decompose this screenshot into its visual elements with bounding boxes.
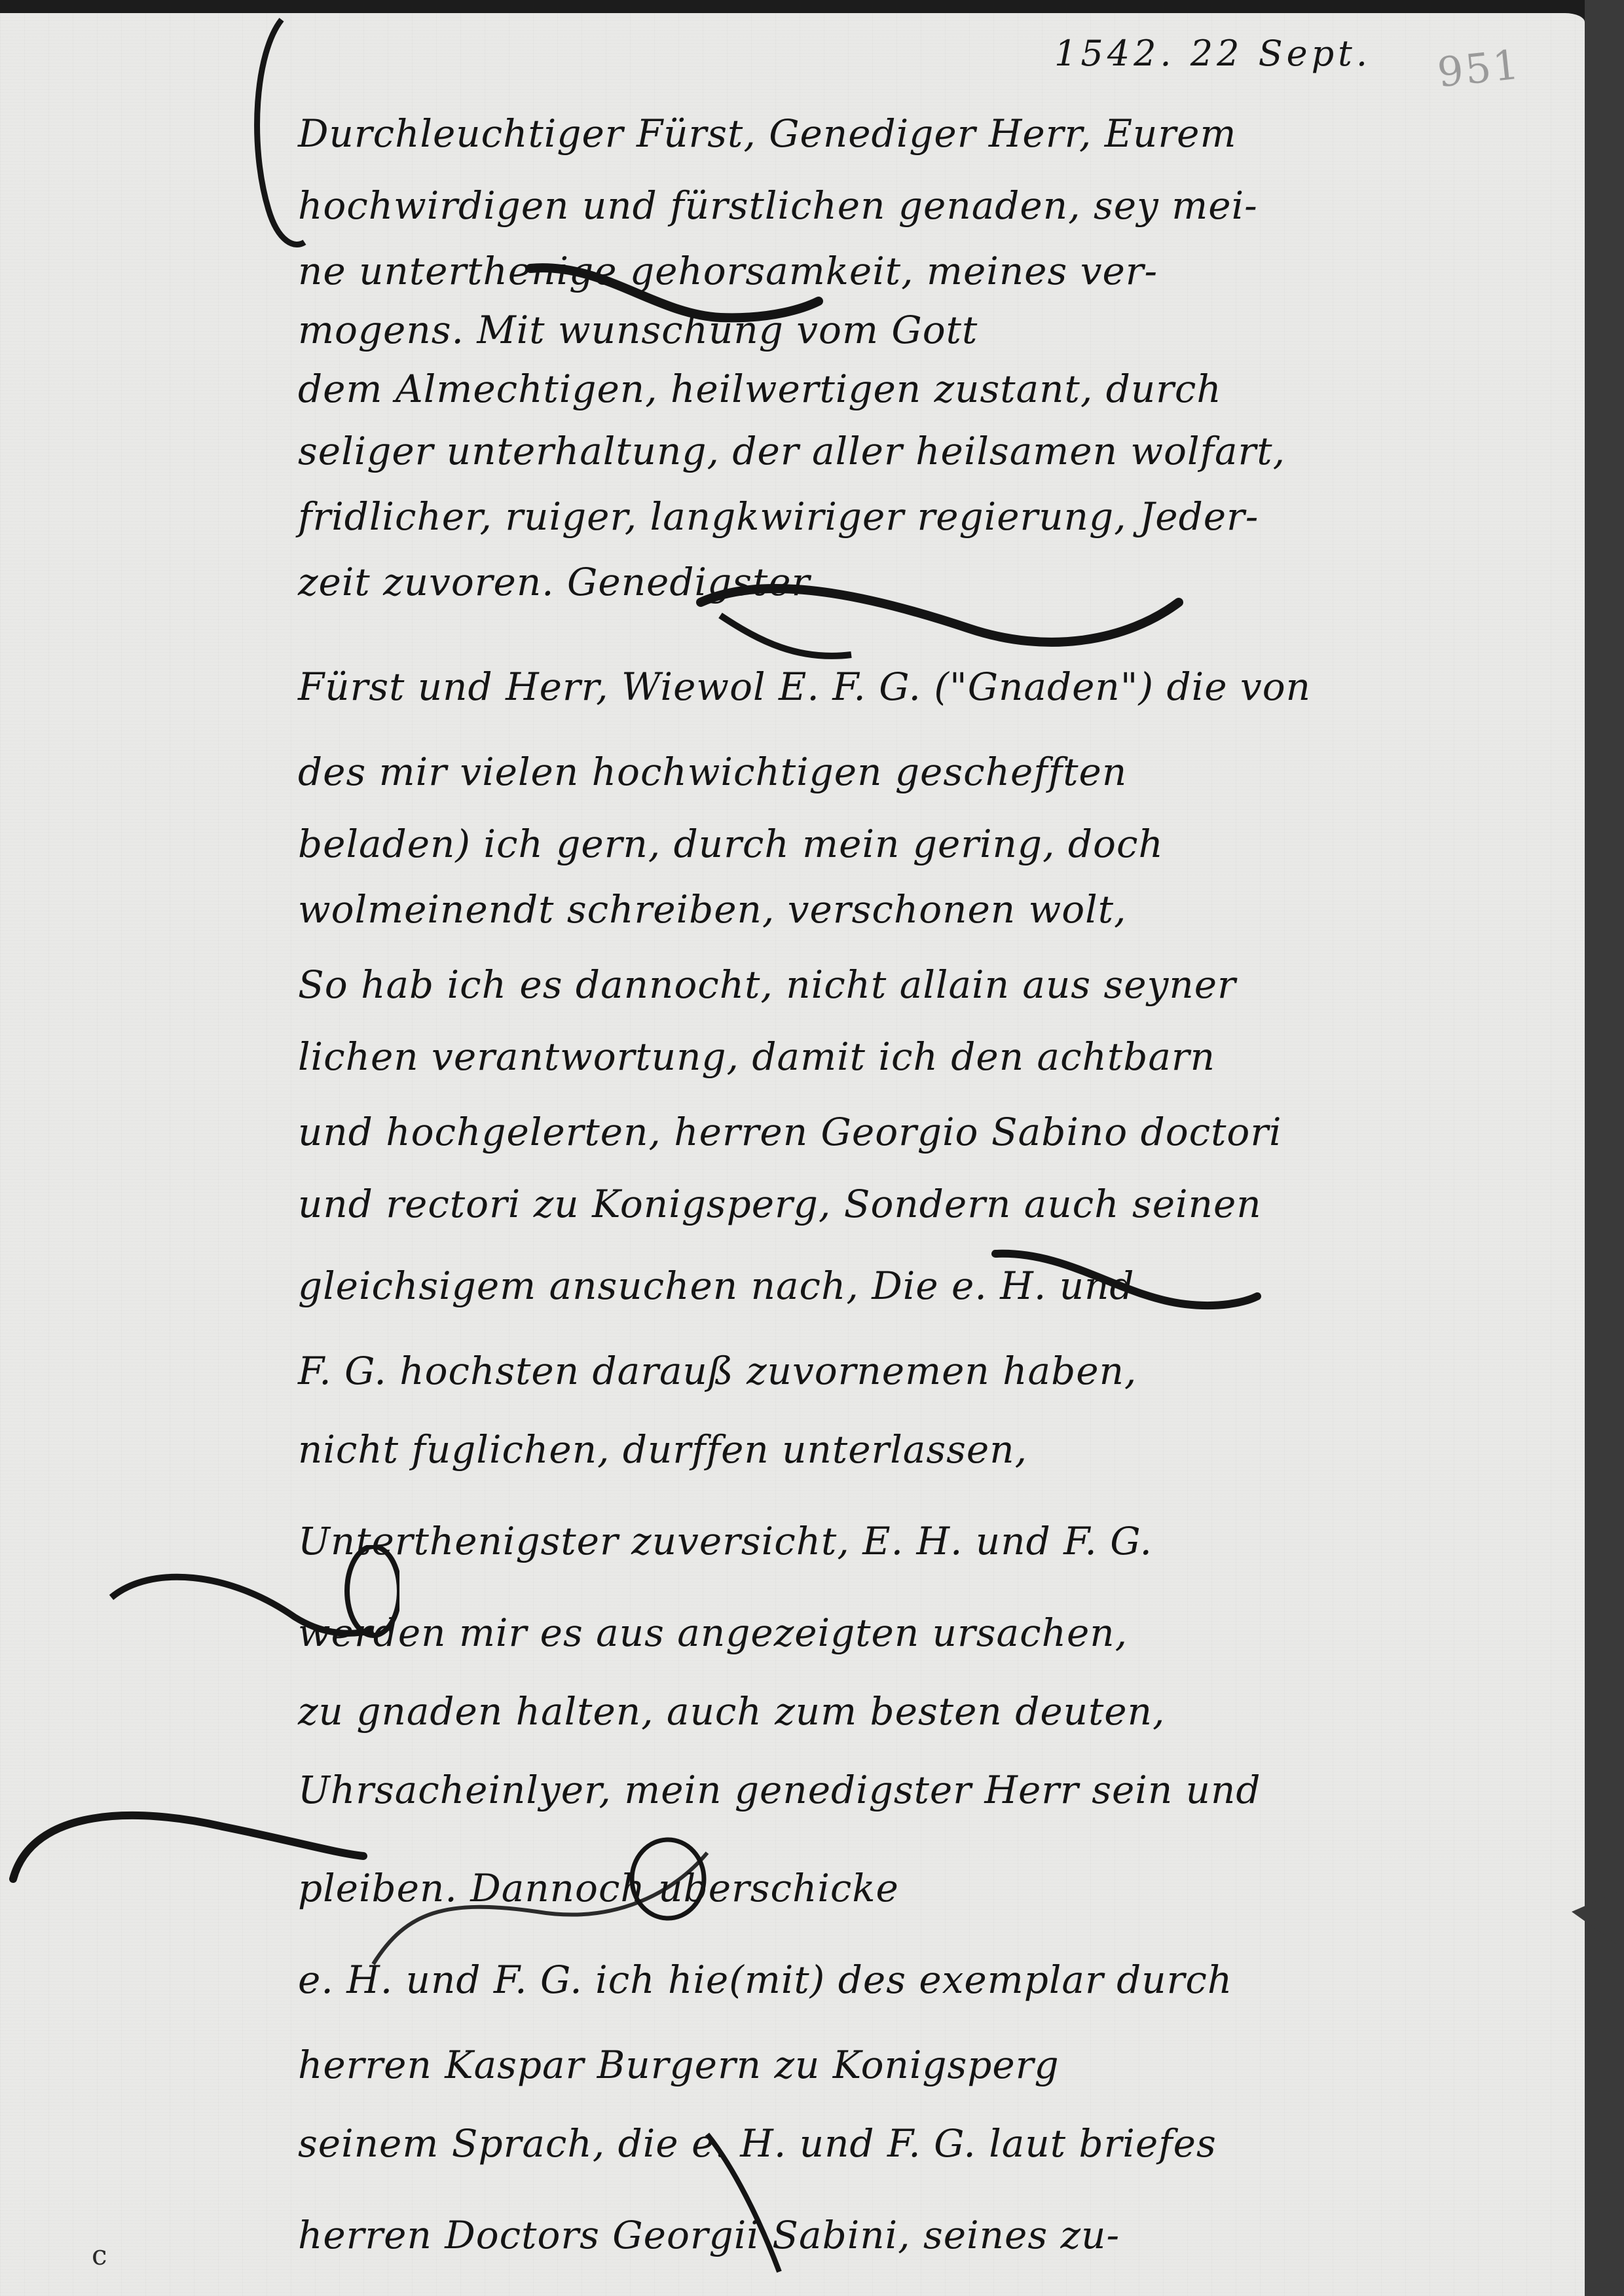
text-line-21: werden mir es aus angezeigten ursachen,	[298, 1611, 1128, 1655]
text-line-18: F. G. hochsten darauß zuvornemen haben,	[298, 1349, 1137, 1393]
text-line-14: lichen verantwortung, damit ich den acht…	[298, 1034, 1215, 1079]
manuscript-page: 1542. 22 Sept. 951 Durchleuchtiger Fürst…	[0, 13, 1585, 2296]
text-line-3: ne unterthenige gehorsamkeit, meines ver…	[298, 249, 1158, 293]
text-line-20: Unterthenigster zuversicht, E. H. und F.…	[298, 1519, 1153, 1563]
text-line-22: zu gnaden halten, auch zum besten deuten…	[298, 1689, 1165, 1734]
text-line-5: dem Almechtigen, heilwertigen zustant, d…	[298, 367, 1222, 411]
folio-number: 951	[1435, 41, 1523, 97]
text-line-10: des mir vielen hochwichtigen geschefften	[298, 750, 1127, 794]
text-line-26: herren Kaspar Burgern zu Konigsperg	[298, 2043, 1060, 2087]
text-line-8: zeit zuvoren. Genedigster	[298, 560, 810, 604]
text-line-11: beladen) ich gern, durch mein gering, do…	[298, 822, 1164, 866]
text-line-15: und hochgelerten, herren Georgio Sabino …	[298, 1110, 1282, 1154]
text-line-12: wolmeinendt schreiben, verschonen wolt,	[298, 887, 1126, 932]
text-line-2: hochwirdigen und fürstlichen genaden, se…	[298, 183, 1258, 228]
text-line-28: herren Doctors Georgii Sabini, seines zu…	[298, 2213, 1120, 2257]
text-line-27: seinem Sprach, die e. H. und F. G. laut …	[298, 2121, 1217, 2166]
text-line-19: nicht fuglichen, durffen unterlassen,	[298, 1427, 1027, 1472]
text-line-7: fridlicher, ruiger, langkwiriger regieru…	[298, 494, 1259, 539]
text-line-17: gleichsigem ansuchen nach, Die e. H. und	[298, 1264, 1135, 1308]
document-date: 1542. 22 Sept.	[1054, 33, 1371, 74]
text-line-4: mogens. Mit wunschung vom Gott	[298, 308, 978, 352]
text-line-25: e. H. und F. G. ich hie(mit) des exempla…	[298, 1958, 1232, 2002]
text-line-23: Uhrsacheinlyer, mein genedigster Herr se…	[298, 1768, 1261, 1812]
text-line-16: und rectori zu Konigsperg, Sondern auch …	[298, 1182, 1262, 1226]
text-line-6: seliger unterhaltung, der aller heilsame…	[298, 429, 1285, 473]
margin-mark: c	[92, 2239, 107, 2271]
paper-tear-notch	[1572, 1892, 1617, 1944]
text-line-1: Durchleuchtiger Fürst, Genediger Herr, E…	[298, 111, 1236, 156]
text-line-13: So hab ich es dannocht, nicht allain aus…	[298, 962, 1236, 1007]
text-line-24: pleiben. Dannoch uberschicke	[298, 1866, 899, 1910]
scan-right-edge	[1585, 0, 1624, 2296]
text-line-9: Fürst und Herr, Wiewol E. F. G. ("Gnaden…	[298, 665, 1311, 709]
